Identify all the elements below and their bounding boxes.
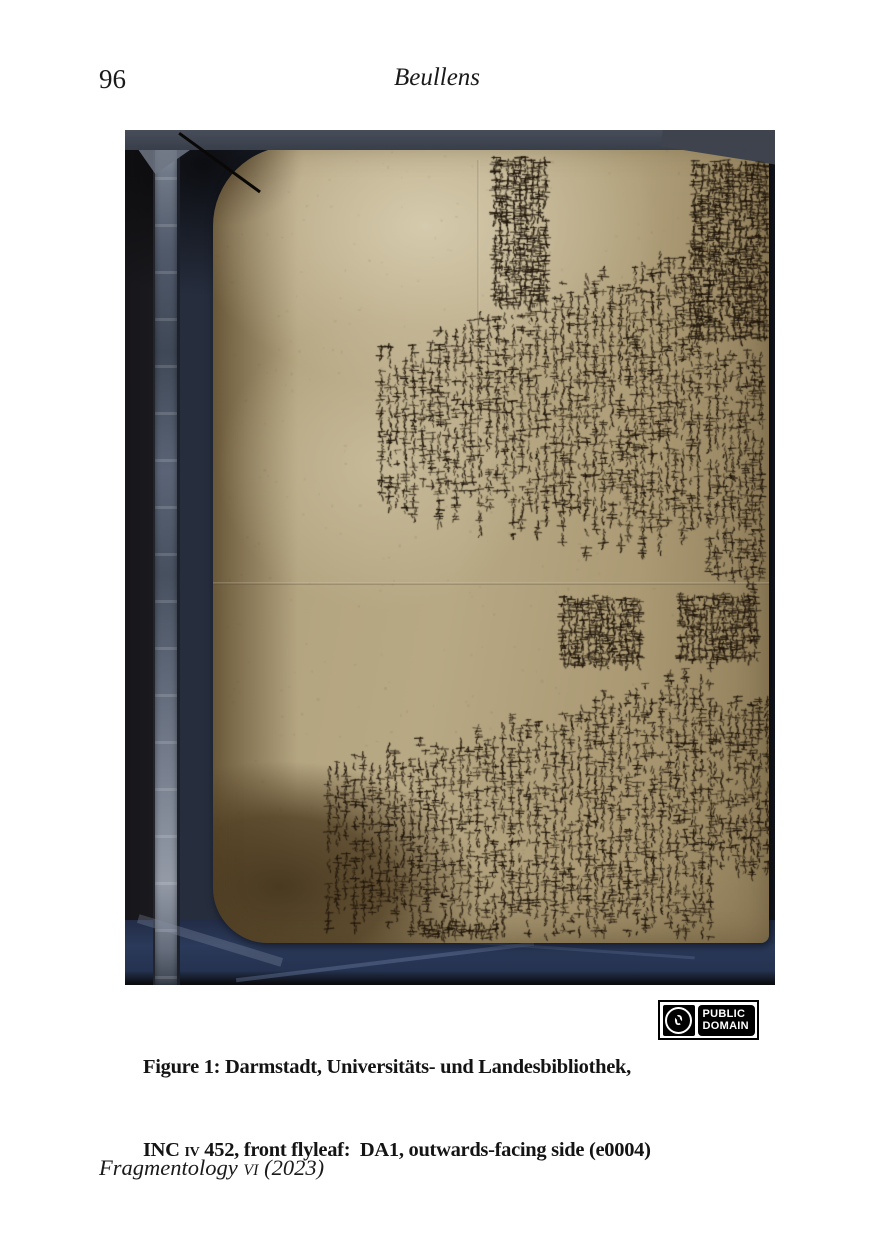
figure-caption-row: Figure 1: Darmstadt, Universitäts- und L… [143,999,759,1219]
journal-footer: Fragmentology vi (2023) [99,1155,324,1181]
public-domain-label: PUBLIC DOMAIN [698,1005,755,1036]
figure1-photo-manuscript-flyleaf [125,130,775,985]
running-head: Beullens [0,64,874,92]
journal-page: 96 Beullens Figure 1: Darmstadt, Univers… [0,0,874,1240]
figure-caption: Figure 1: Darmstadt, Universitäts- und L… [143,999,651,1219]
manuscript-script-canvas [125,130,775,985]
cc-zero-icon: 0 [663,1005,695,1036]
public-domain-badge[interactable]: 0 PUBLIC DOMAIN [658,1000,759,1040]
figure-caption-line1: Figure 1: Darmstadt, Universitäts- und L… [143,1054,651,1082]
